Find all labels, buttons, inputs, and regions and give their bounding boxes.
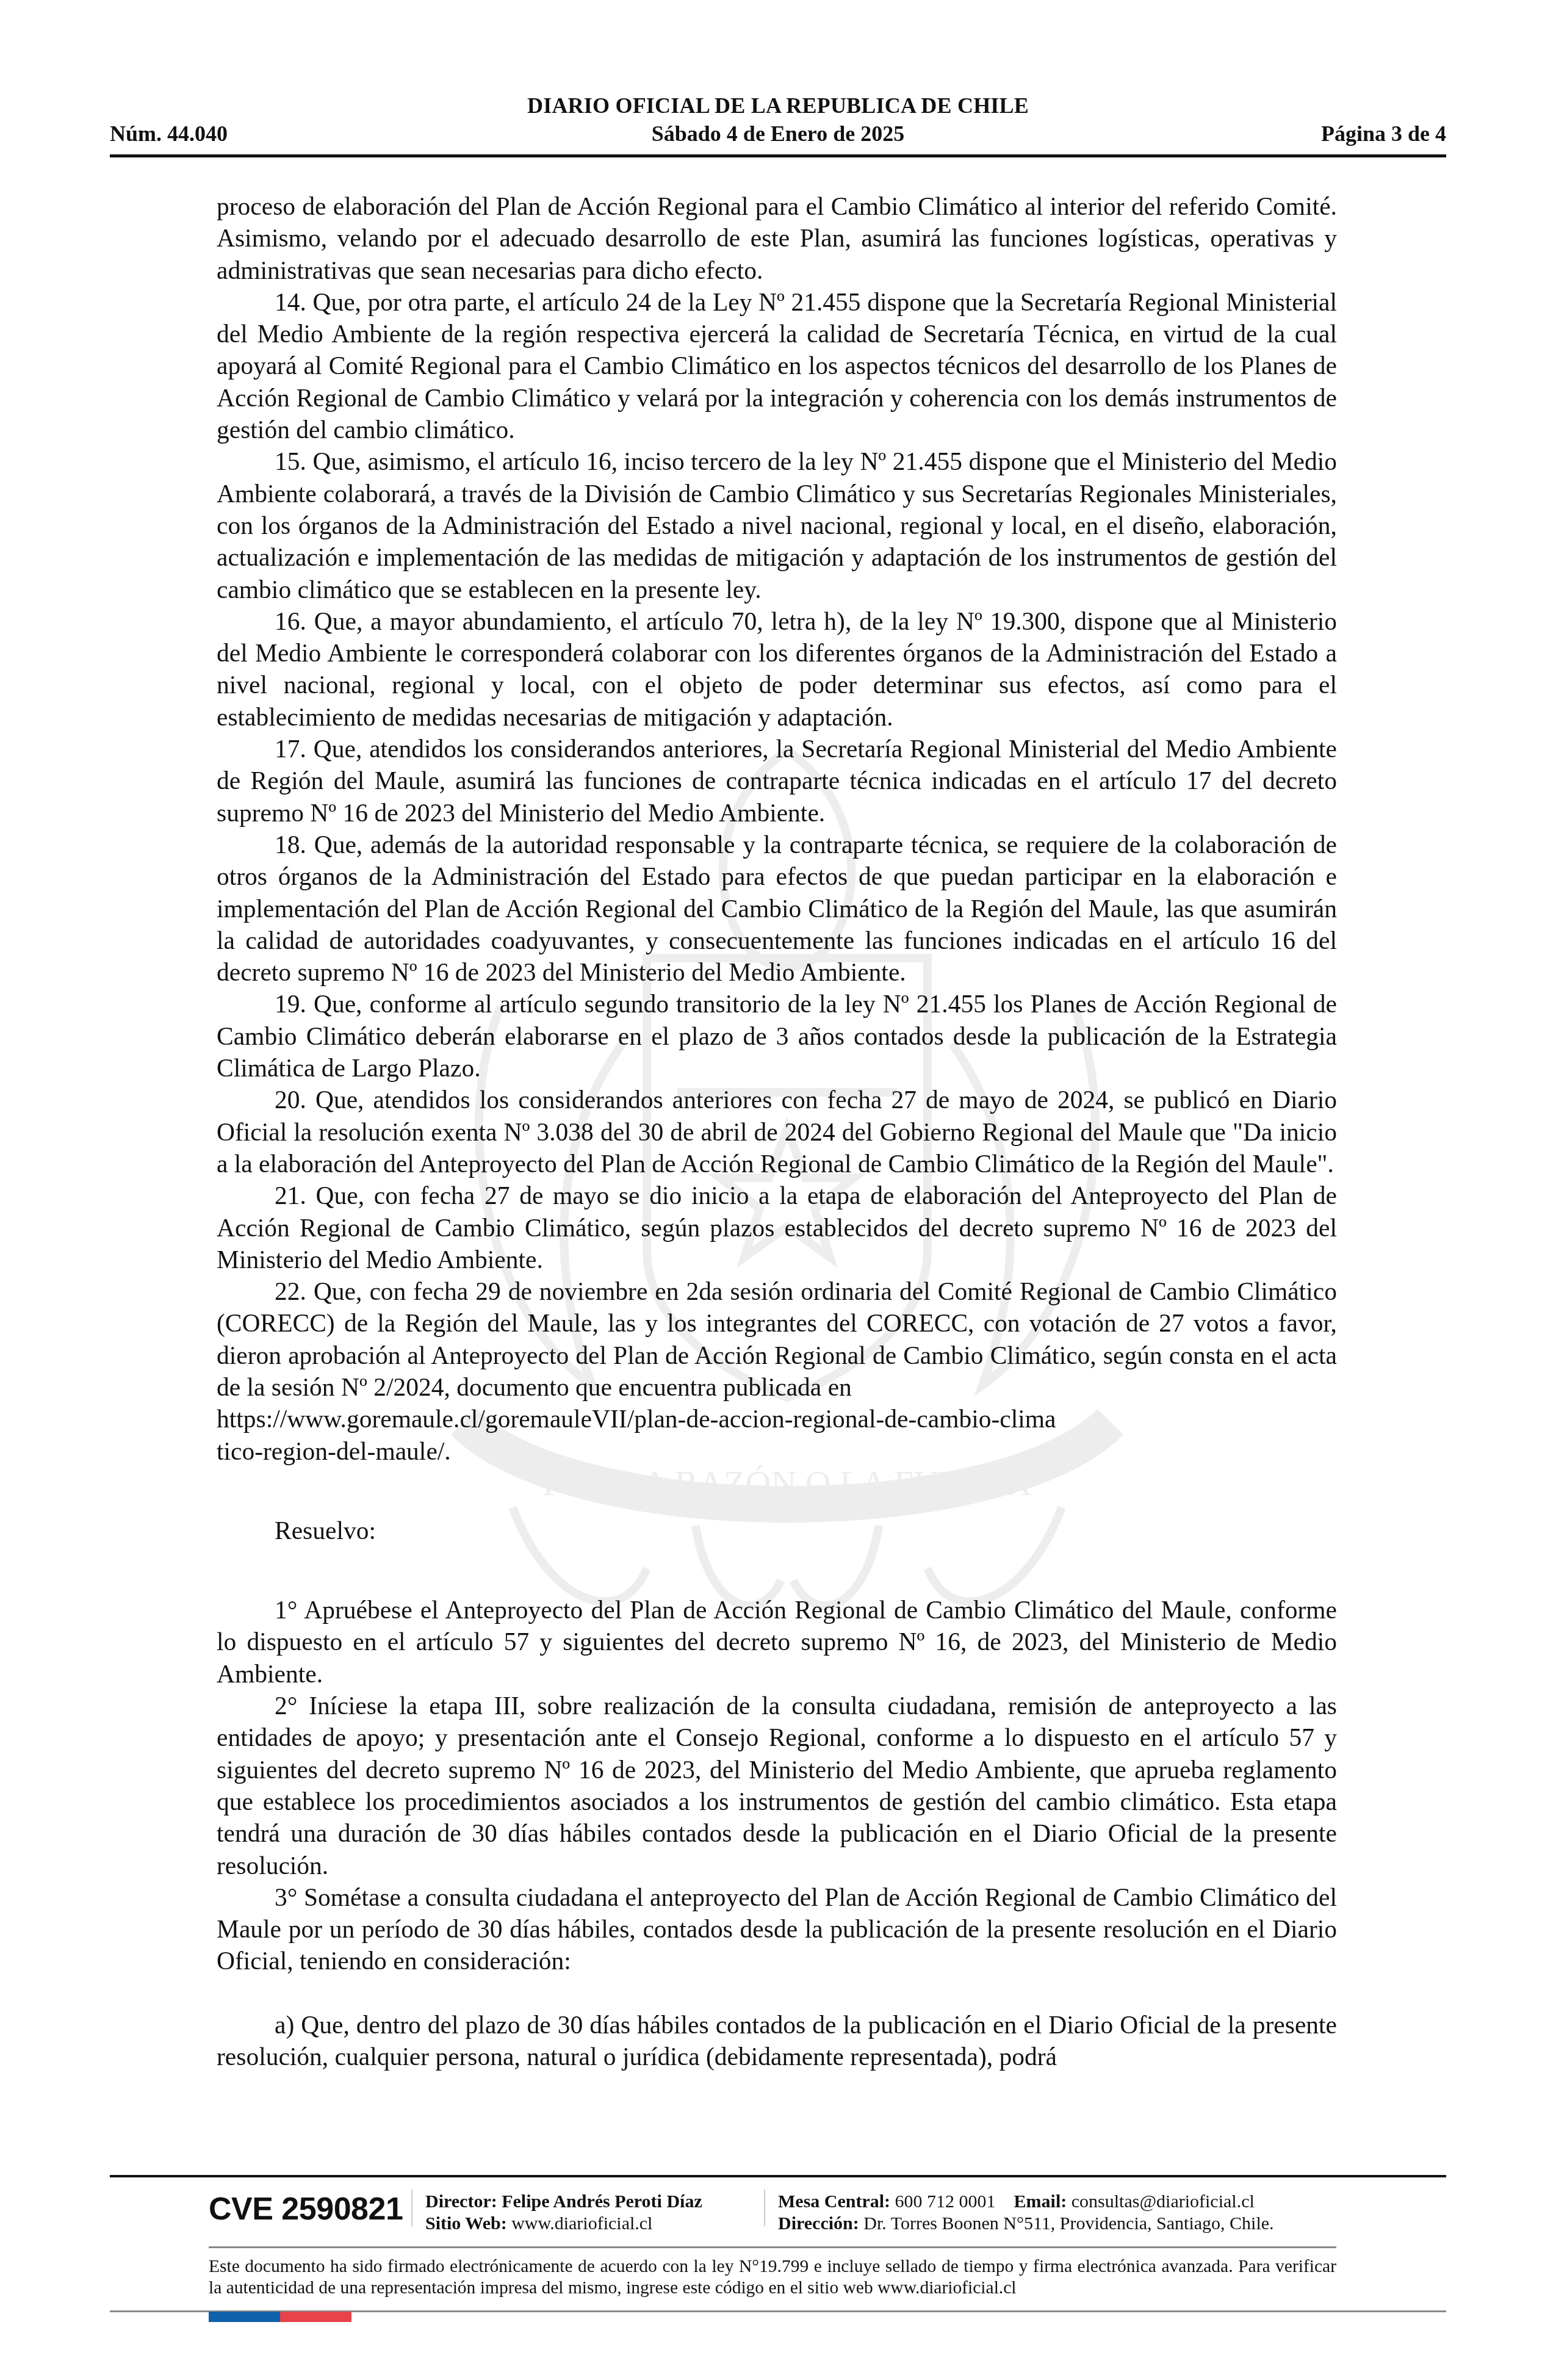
issue-date: Sábado 4 de Enero de 2025 (110, 121, 1446, 146)
resolution-3-item-a: a) Que, dentro del plazo de 30 días hábi… (217, 2009, 1337, 2073)
document-body: proceso de elaboración del Plan de Acció… (217, 190, 1337, 2072)
phone-label: Mesa Central: (778, 2191, 890, 2212)
flag-stripe-blue (209, 2312, 280, 2322)
spacer (217, 1467, 1337, 1515)
signature-disclaimer: Este documento ha sido firmado electróni… (209, 2256, 1336, 2299)
resolution-2: 2° Iníciese la etapa III, sobre realizac… (217, 1690, 1337, 1881)
plan-url-line-2[interactable]: tico-region-del-maule/. (217, 1435, 1337, 1467)
considerando-16: 16. Que, a mayor abundamiento, el artícu… (217, 605, 1337, 733)
website-link[interactable]: www.diarioficial.cl (511, 2213, 652, 2234)
resolution-3: 3° Sométase a consulta ciudadana el ante… (217, 1881, 1337, 1977)
resolution-1: 1° Apruébese el Anteproyecto del Plan de… (217, 1594, 1337, 1690)
paragraph-continuation: proceso de elaboración del Plan de Acció… (217, 190, 1337, 286)
footer-director-block: Director: Felipe Andrés Peroti Díaz Siti… (425, 2191, 702, 2235)
footer-divider-middle (209, 2246, 1336, 2248)
address-label: Dirección: (778, 2213, 859, 2234)
footer-separator (764, 2190, 765, 2226)
resuelvo-heading: Resuelvo: (217, 1515, 1337, 1546)
considerando-14: 14. Que, por otra parte, el artículo 24 … (217, 286, 1337, 445)
page-indicator: Página 3 de 4 (1321, 121, 1446, 146)
address-text: Dr. Torres Boonen N°511, Providencia, Sa… (863, 2213, 1273, 2234)
plan-url-line-1[interactable]: https://www.goremaule.cl/goremauleVII/pl… (217, 1403, 1337, 1435)
footer-separator (411, 2190, 412, 2226)
director-label: Director: (425, 2191, 497, 2212)
considerando-22: 22. Que, con fecha 29 de noviembre en 2d… (217, 1275, 1337, 1403)
website-label: Sitio Web: (425, 2213, 507, 2234)
header-meta-row: Núm. 44.040 Sábado 4 de Enero de 2025 Pá… (110, 121, 1446, 149)
flag-stripe-red (280, 2312, 351, 2322)
considerando-18: 18. Que, además de la autoridad responsa… (217, 829, 1337, 988)
considerando-19: 19. Que, conforme al artículo segundo tr… (217, 988, 1337, 1084)
email-label: Email: (1014, 2191, 1067, 2212)
director-name: Felipe Andrés Peroti Díaz (502, 2191, 702, 2212)
considerando-21: 21. Que, con fecha 27 de mayo se dio ini… (217, 1180, 1337, 1275)
footer-divider-top (110, 2175, 1446, 2177)
newspaper-title: DIARIO OFICIAL DE LA REPUBLICA DE CHILE (0, 93, 1556, 118)
phone-number: 600 712 0001 (895, 2191, 996, 2212)
footer-contact-block: Mesa Central: 600 712 0001 Email: consul… (778, 2191, 1274, 2235)
spacer (217, 1546, 1337, 1594)
considerando-20: 20. Que, atendidos los considerandos ant… (217, 1084, 1337, 1180)
email-link[interactable]: consultas@diarioficial.cl (1072, 2191, 1255, 2212)
considerando-15: 15. Que, asimismo, el artículo 16, incis… (217, 445, 1337, 605)
considerando-17: 17. Que, atendidos los considerandos ant… (217, 733, 1337, 829)
header-divider (110, 154, 1446, 157)
cve-code: CVE 2590821 (209, 2191, 403, 2227)
spacer (217, 1977, 1337, 2009)
